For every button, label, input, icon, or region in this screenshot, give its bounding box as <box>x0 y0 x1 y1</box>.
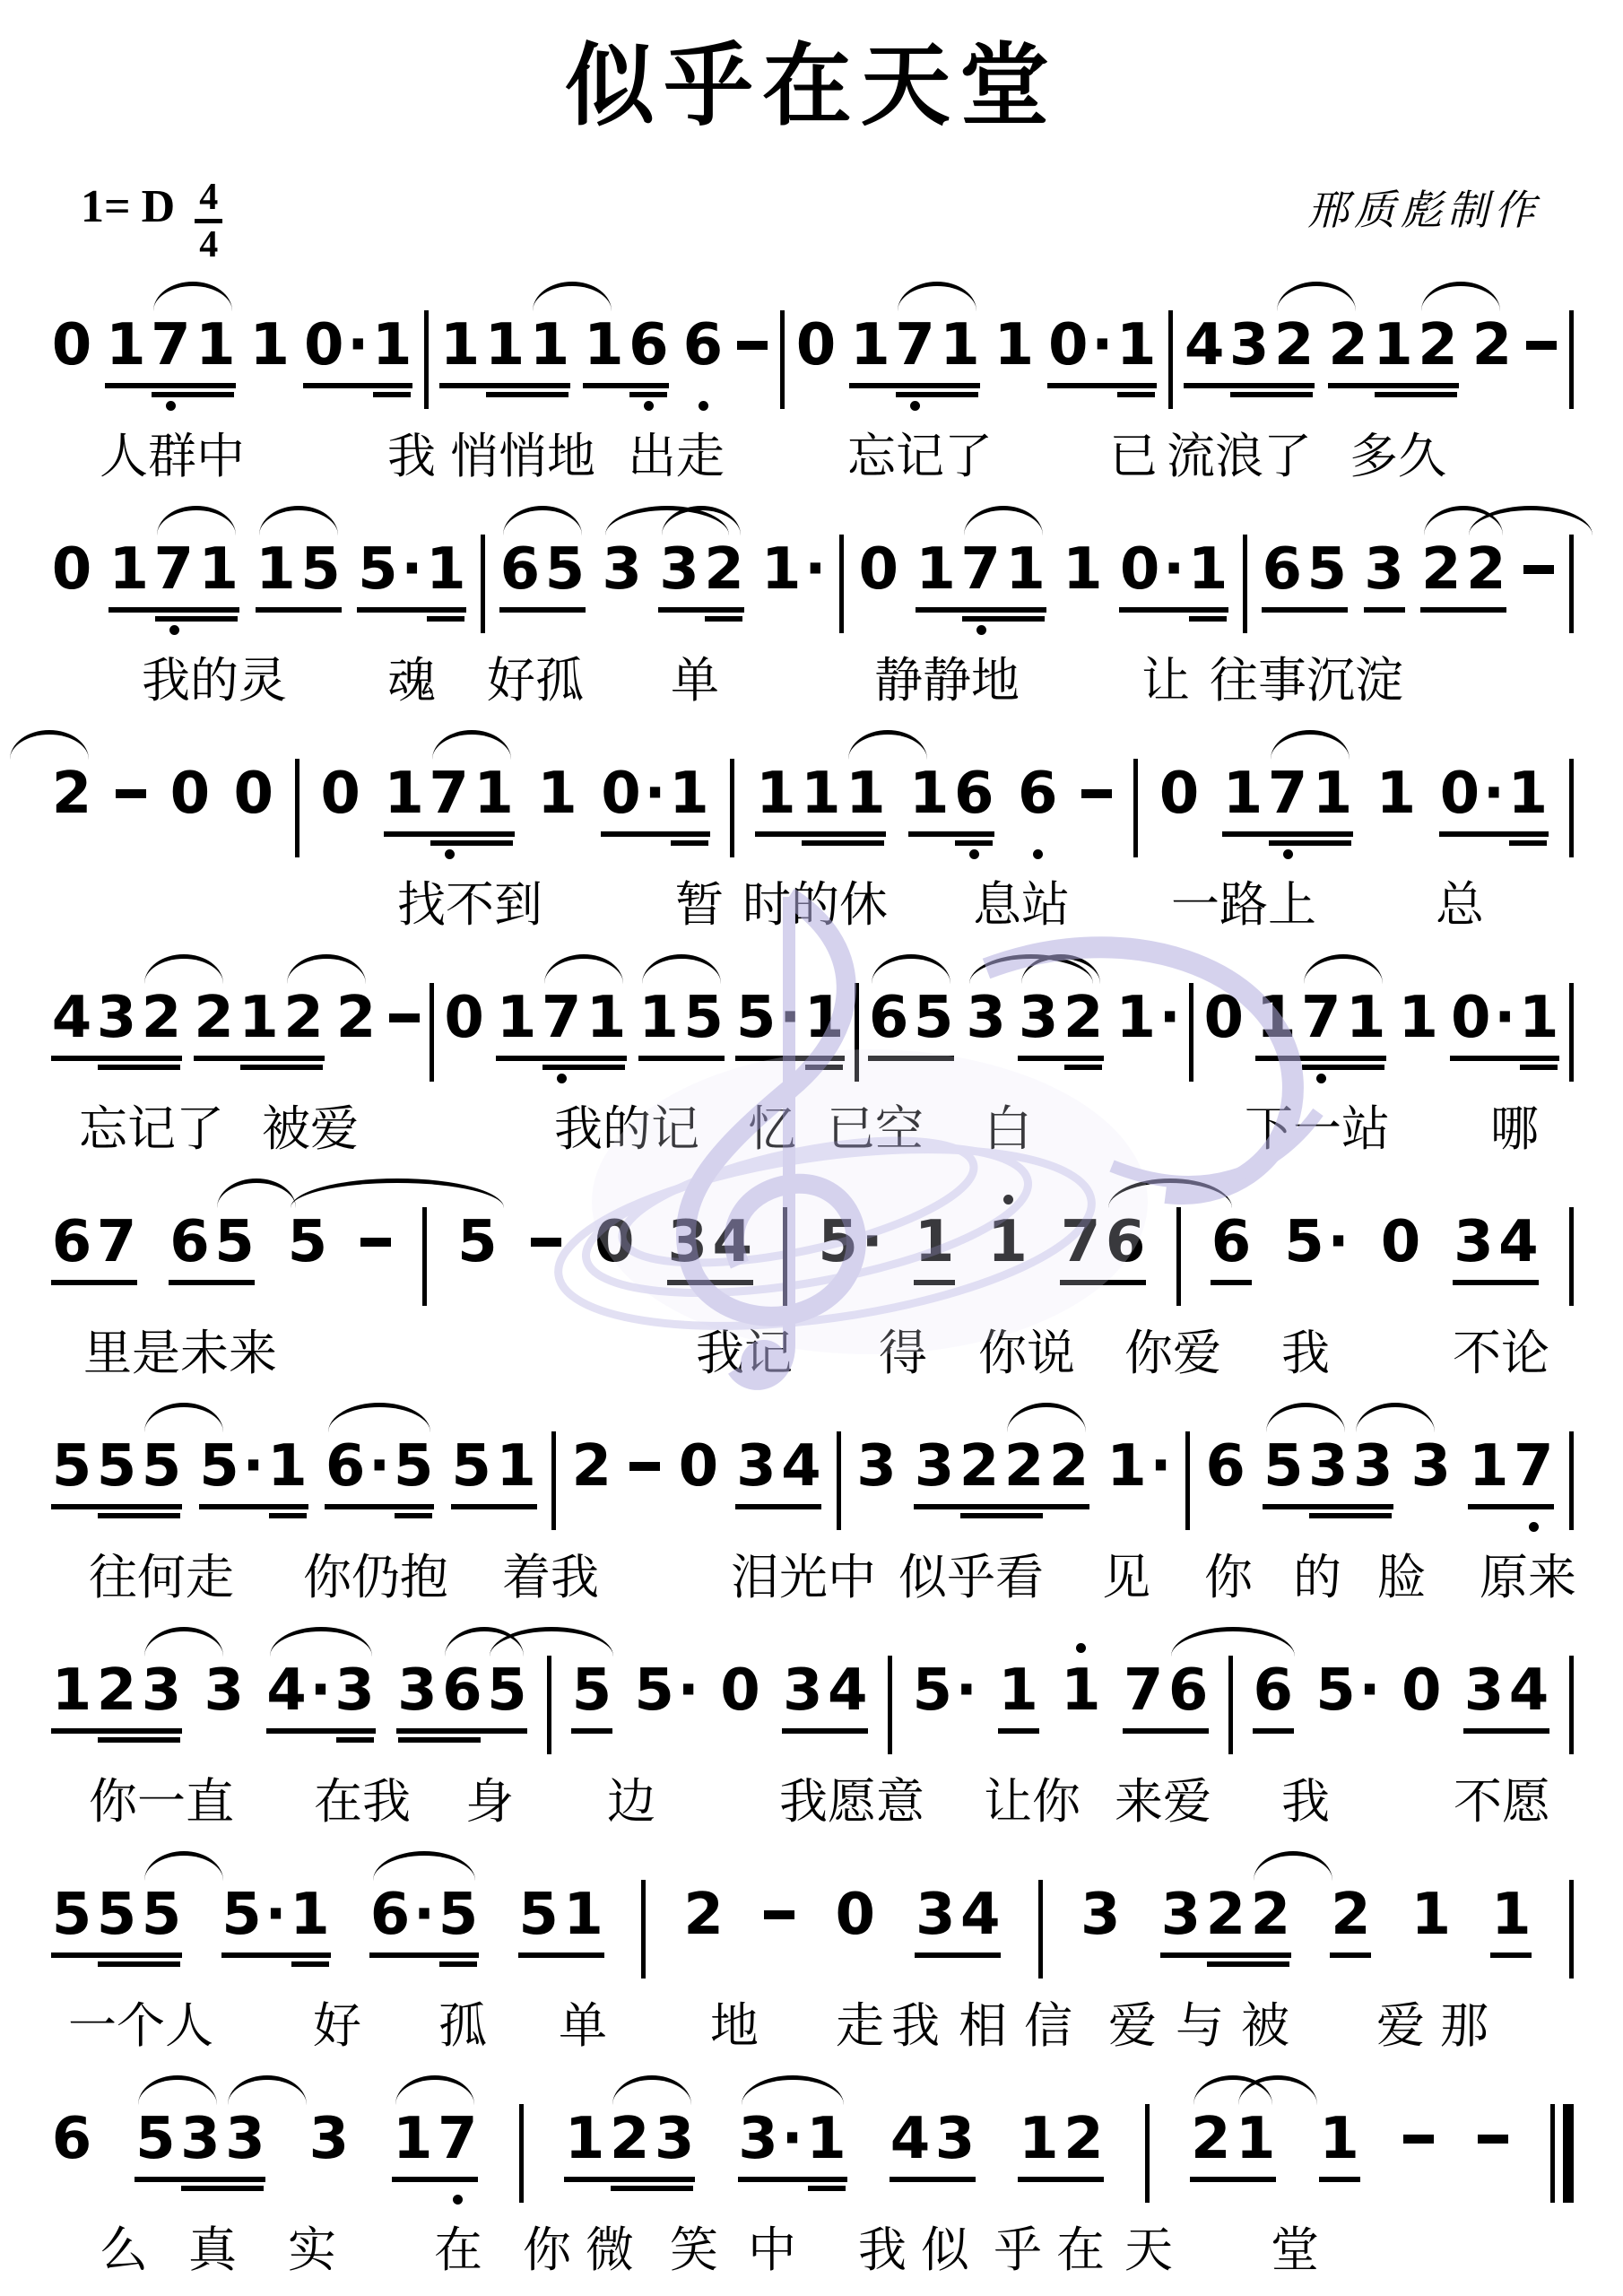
note-group: 432 <box>49 983 184 1053</box>
note-group: 0 <box>1378 1207 1423 1277</box>
note-group: 1 <box>996 1656 1041 1726</box>
beam-underline <box>1190 2177 1276 2182</box>
lyric-segment: 人群中 <box>100 429 245 484</box>
note-digit: 5 <box>139 1431 184 1501</box>
beam-underline <box>1453 1280 1539 1285</box>
note-digit: 2 <box>49 759 94 829</box>
dash-note <box>627 1431 663 1501</box>
beam-underline-2 <box>373 392 411 397</box>
note-digit: 2 <box>1271 310 1316 380</box>
augmentation-dot: · <box>861 1207 884 1277</box>
note-digit: 6 <box>1260 535 1305 604</box>
lyrics-row: 往何走你仍抱着我泪光中似乎看见你的脸原来 <box>0 1550 1623 1605</box>
lyric-segment: 让你 <box>984 1774 1081 1830</box>
lyric-segment: 总 <box>1436 877 1484 933</box>
note-digit: 5 <box>1305 535 1350 604</box>
note-group: 22 <box>1419 535 1508 604</box>
lyric-segment: 那 <box>1440 1998 1488 2054</box>
note-digit: 1 <box>237 983 282 1053</box>
augmentation-dot: · <box>368 1431 391 1501</box>
lyric-segment: 似乎看 <box>898 1550 1044 1605</box>
slur-arc <box>1304 954 1383 984</box>
note-digit: 1 <box>561 1880 606 1950</box>
lyric-segment: 似 <box>921 2222 969 2278</box>
beam-underline <box>1490 1952 1532 1958</box>
lyric-segment: 孤 <box>438 1998 487 2054</box>
beam-underline <box>1450 1056 1559 1061</box>
note-group: 6 <box>49 2104 94 2174</box>
beam-underline <box>1184 383 1315 388</box>
note-group: 3 <box>1362 535 1407 604</box>
note-digit: 7 <box>94 1207 139 1277</box>
lyric-segment: 在我 <box>314 1774 411 1830</box>
note-digit: 1 <box>1058 1656 1103 1726</box>
beam-underline-2 <box>439 1961 477 1967</box>
note-digit: 3 <box>933 2104 977 2174</box>
note-group: 533 <box>133 2104 267 2174</box>
note-digit: 2 <box>1188 2104 1233 2174</box>
note-digit: 2 <box>569 1431 614 1501</box>
lyric-segment: 让 <box>1141 653 1190 709</box>
note-group: 0 <box>717 1656 762 1726</box>
lyric-segment: 真 <box>188 2222 237 2278</box>
lyrics-row: 里是未来我记得你说你爱我不论 <box>0 1326 1623 1381</box>
note-group: 34 <box>665 1207 755 1277</box>
note-digit: 6 <box>866 983 911 1053</box>
note-digit: 4 <box>1506 1656 1551 1726</box>
beam-underline <box>738 2177 847 2182</box>
note-group: 1 <box>535 759 580 829</box>
lyric-segment: 出走 <box>628 429 725 484</box>
beam-underline-2 <box>1117 392 1155 397</box>
augmentation-dot: · <box>1150 1431 1173 1501</box>
note-digit: 2 <box>957 1431 1002 1501</box>
lyric-segment: 好孤 <box>487 653 584 709</box>
note-group: 65 <box>498 535 587 604</box>
note-digit: 2 <box>1061 2104 1106 2174</box>
note-digit: 5 <box>285 1207 330 1277</box>
note-digit: 1 <box>1233 2104 1278 2174</box>
beam-underline <box>998 1728 1039 1734</box>
beam-underline <box>199 1504 308 1509</box>
notation-row: 43221220171155·1653321·017110·1 <box>0 983 1623 1082</box>
note-group: 65 <box>1260 535 1350 604</box>
note-digit: 1 <box>996 1656 1041 1726</box>
note-digit: 1 <box>637 983 681 1053</box>
note-digit: 0 <box>717 1656 762 1726</box>
lyric-segment: 微 <box>586 2222 634 2278</box>
note-digit: 0 <box>599 759 644 829</box>
note-digit: 2 <box>1046 1431 1091 1501</box>
augmentation-dot: · <box>412 1880 436 1950</box>
slur-arc <box>432 730 511 760</box>
beam-underline <box>1468 1504 1554 1509</box>
beam-underline <box>1330 1952 1371 1958</box>
note-digit: 1 <box>369 310 414 380</box>
slur-arc <box>1254 1851 1332 1881</box>
beam-underline <box>564 2177 695 2182</box>
note-group: 34 <box>733 1431 823 1501</box>
note-digit: 3 <box>600 535 645 604</box>
slur-arc <box>144 1627 223 1657</box>
note-group: 3 <box>964 983 1009 1053</box>
note-digit: 0 <box>1448 983 1493 1053</box>
note-digit: 2 <box>192 983 237 1053</box>
beam-underline-2 <box>962 616 1045 622</box>
lyric-segment: 在 <box>434 2222 482 2278</box>
slur-arc <box>1007 1403 1086 1432</box>
lyric-segment: 你一直 <box>89 1774 234 1830</box>
lyric-segment: 中 <box>748 2222 796 2278</box>
note-group: 6 <box>1209 1207 1254 1277</box>
note-group: 0·1 <box>1448 983 1561 1053</box>
note-digit: 1 <box>193 310 238 380</box>
note-group: 212 <box>192 983 326 1053</box>
note-group: 3222 <box>912 1431 1091 1501</box>
slur-arc <box>533 282 612 311</box>
note-group: 65 <box>866 983 956 1053</box>
beam-underline <box>601 831 710 837</box>
barline <box>1569 983 1574 1082</box>
note-digit: 2 <box>282 983 326 1053</box>
note-digit: 1 <box>907 759 951 829</box>
lyric-segment: 被 <box>1241 1998 1289 2054</box>
note-group: 2 <box>1328 1880 1373 1950</box>
note-group: 51 <box>516 1880 606 1950</box>
note-digit: 0 <box>1046 310 1090 380</box>
notation-row: 017110·1111166017110·14322122 <box>0 310 1623 409</box>
slur-arc <box>328 1403 430 1432</box>
note-group: 1 <box>992 310 1037 380</box>
note-group: 65 <box>167 1207 256 1277</box>
note-digit: 1 <box>843 759 888 829</box>
barline <box>1145 2104 1150 2203</box>
lyric-segment: 忆 <box>748 1101 796 1157</box>
note-digit: 1 <box>49 1656 94 1726</box>
low-octave-dot <box>910 401 920 411</box>
note-digit: 0 <box>1157 759 1202 829</box>
note-digit: 1 <box>1466 1431 1511 1501</box>
beam-underline <box>868 1056 954 1061</box>
slur-arc <box>1469 506 1593 535</box>
beam-underline <box>303 383 412 388</box>
beam-underline <box>1047 383 1157 388</box>
note-digit: 6 <box>951 759 996 829</box>
beam-underline <box>1123 1728 1209 1734</box>
note-digit: 2 <box>1419 535 1463 604</box>
note-digit: 5 <box>569 1656 614 1726</box>
note-digit: 2 <box>1248 1880 1293 1950</box>
beam-underline-2 <box>671 840 708 846</box>
note-group: 2 <box>681 1880 726 1950</box>
note-group: 5· <box>910 1656 978 1726</box>
note-digit: 4 <box>825 1656 870 1726</box>
lyric-segment: 白 <box>984 1101 1032 1157</box>
note-digit: 1 <box>247 310 292 380</box>
note-group: 34 <box>1462 1656 1551 1726</box>
lyric-segment: 忘记了 <box>79 1101 224 1157</box>
note-digit: 5 <box>1261 1431 1306 1501</box>
note-group: 0 <box>318 759 363 829</box>
beam-underline-2 <box>805 1065 843 1070</box>
note-group: 6 <box>1015 759 1060 829</box>
note-digit: 7 <box>427 759 472 829</box>
slur-arc <box>503 506 582 535</box>
note-group: 16 <box>581 310 671 380</box>
note-group: 1 <box>1058 1656 1103 1726</box>
note-digit: 1 <box>847 310 892 380</box>
lyric-segment: 原来 <box>1480 1550 1576 1605</box>
lyric-segment: 信 <box>1024 1998 1072 2054</box>
note-digit: 0 <box>442 983 487 1053</box>
note-digit: 7 <box>148 310 193 380</box>
lyric-segment: 我愿意 <box>779 1774 924 1830</box>
note-digit: 0 <box>1399 1656 1444 1726</box>
key-letter: D <box>142 180 176 233</box>
augmentation-dot: · <box>242 1431 265 1501</box>
lyric-segment: 暂 <box>675 877 724 933</box>
lyric-segment: 魂 <box>387 653 436 709</box>
barline <box>855 983 859 1082</box>
note-digit: 5 <box>49 1880 94 1950</box>
slur-arc <box>144 1403 223 1432</box>
note-group: 3 <box>600 535 645 604</box>
slur-arc <box>872 954 950 984</box>
beam-underline <box>1420 607 1506 613</box>
note-digit: 1 <box>1220 759 1265 829</box>
note-digit: 3 <box>395 1656 439 1726</box>
low-octave-dot <box>1316 1074 1326 1083</box>
note-group: 171 <box>107 535 241 604</box>
beam-underline <box>105 383 236 388</box>
beam-underline-2 <box>98 1737 180 1743</box>
time-denominator: 4 <box>199 223 218 265</box>
beam-underline-2 <box>1302 1065 1384 1070</box>
lyric-segment: 相 <box>959 1998 1007 2054</box>
note-group: 365 <box>395 1656 529 1726</box>
note-group: 123 <box>49 1656 184 1726</box>
note-digit: 7 <box>152 535 196 604</box>
note-digit: 1 <box>914 535 959 604</box>
note-digit: 1 <box>1105 1431 1150 1501</box>
sheet-music-page: 似乎在天堂 1= D 4 4 邢质彪制作 017110·111116601711… <box>0 0 1623 2296</box>
note-digit: 3 <box>1159 1880 1203 1950</box>
dash-note <box>1401 2104 1436 2174</box>
beam-underline-2 <box>542 1065 625 1070</box>
note-group: 3 <box>1078 1880 1123 1950</box>
augmentation-dot: · <box>1493 983 1516 1053</box>
augmentation-dot: · <box>265 1880 288 1950</box>
slur-arc <box>848 730 927 760</box>
note-digit: 2 <box>94 1656 139 1726</box>
beam-underline-2 <box>1269 840 1351 846</box>
note-group: 12 <box>1016 2104 1106 2174</box>
key-prefix: 1= <box>81 180 131 233</box>
note-group: 3·1 <box>736 2104 849 2174</box>
note-digit: 0 <box>231 759 276 829</box>
lyric-segment: 一路上 <box>1171 877 1316 933</box>
beam-underline-2 <box>705 616 742 622</box>
note-group: 2 <box>569 1431 614 1501</box>
note-group: 0 <box>833 1880 878 1950</box>
lyric-segment: 你仍抱 <box>303 1550 448 1605</box>
note-digit: 5 <box>355 535 400 604</box>
beam-underline <box>658 607 744 613</box>
barline <box>1176 1207 1181 1306</box>
beam-underline-2 <box>1189 616 1227 622</box>
beam-underline <box>384 831 515 837</box>
note-digit: 5 <box>632 1656 677 1726</box>
note-group: 0 <box>442 983 487 1053</box>
note-digit: 0 <box>833 1880 878 1950</box>
time-signature: 4 4 <box>195 178 222 265</box>
note-digit: 1 <box>1343 983 1388 1053</box>
beam-underline <box>1262 607 1348 613</box>
song-title: 似乎在天堂 <box>0 38 1623 136</box>
note-digit: 4 <box>778 1431 823 1501</box>
note-digit: 1 <box>753 759 798 829</box>
time-numerator: 4 <box>195 178 222 223</box>
note-digit: 1 <box>1114 983 1159 1053</box>
note-group: 32 <box>1016 983 1106 1053</box>
note-digit: 4 <box>958 1880 1002 1950</box>
augmentation-dot: · <box>644 759 667 829</box>
note-digit: 6 <box>439 1656 484 1726</box>
beam-underline <box>1018 1056 1104 1061</box>
beam-underline-2 <box>1509 840 1547 846</box>
lyric-segment: 我 <box>891 1998 940 2054</box>
beam-underline <box>1119 607 1228 613</box>
note-group: 171 <box>494 983 629 1053</box>
beam-underline <box>1364 607 1405 613</box>
slur-arc <box>1277 282 1356 311</box>
lyric-segment: 单 <box>559 1998 607 2054</box>
note-group: 212 <box>1326 310 1461 380</box>
augmentation-dot: · <box>677 1656 700 1726</box>
note-digit: 3 <box>1078 1880 1123 1950</box>
note-group: 0 <box>1202 983 1246 1053</box>
dash-note <box>1475 2104 1511 2174</box>
high-octave-dot <box>1003 1195 1013 1205</box>
note-digit: 0 <box>301 310 346 380</box>
note-digit: 1 <box>390 2104 435 2174</box>
note-group: 16 <box>907 759 996 829</box>
note-group: 1· <box>1105 1431 1173 1501</box>
note-group: 34 <box>913 1880 1002 1950</box>
lyric-segment: 好 <box>313 1998 361 2054</box>
beam-underline <box>357 607 466 613</box>
note-group: 1· <box>1114 983 1182 1053</box>
note-digit: 3 <box>652 2104 697 2174</box>
barline <box>783 1207 787 1306</box>
note-digit: 1 <box>985 1207 1030 1277</box>
barline <box>1133 759 1138 857</box>
notation-row: 12334·336555·0345·117665·034 <box>0 1656 1623 1754</box>
note-digit: 1 <box>472 759 516 829</box>
note-digit: 3 <box>780 1656 825 1726</box>
note-digit: 2 <box>607 2104 652 2174</box>
note-group: 2 <box>1470 310 1515 380</box>
lyric-segment: 息站 <box>973 877 1070 933</box>
lyrics-row: 人群中我悄悄地出走忘记了已流浪了多久 <box>0 429 1623 484</box>
note-digit: 4 <box>1496 1207 1541 1277</box>
beam-underline <box>499 607 586 613</box>
note-digit: 5 <box>139 1880 184 1950</box>
beam-underline-2 <box>395 1513 432 1518</box>
note-group: 0 <box>49 535 94 604</box>
note-group: 67 <box>49 1207 139 1277</box>
note-group: 322 <box>1159 1880 1293 1950</box>
note-group: 0 <box>856 535 901 604</box>
beam-underline <box>735 1504 821 1509</box>
beam-underline-2 <box>427 616 464 622</box>
note-digit: 0 <box>49 535 94 604</box>
slur-arc <box>1421 282 1500 311</box>
augmentation-dot: · <box>803 535 827 604</box>
lyric-segment: 身 <box>465 1774 514 1830</box>
note-group: 432 <box>1182 310 1316 380</box>
note-digit: 5 <box>733 983 778 1053</box>
score-line: 65333171233·14312211么真实在你微笑中我似乎在天堂 <box>0 2070 1623 2294</box>
dash-note <box>1079 759 1115 829</box>
score-line: 5555·16·5512034332221·6533317往何走你仍抱着我泪光中… <box>0 1397 1623 1622</box>
barline <box>641 1880 646 1979</box>
lyric-segment: 你 <box>1204 1550 1253 1605</box>
slur-arc <box>1271 730 1350 760</box>
note-group: 3 <box>854 1431 898 1501</box>
note-group: 5 <box>455 1207 499 1277</box>
note-digit: 1 <box>288 1880 333 1950</box>
note-group: 2 <box>49 759 94 829</box>
barline <box>430 983 434 1082</box>
note-group: 111 <box>438 310 572 380</box>
beam-underline <box>108 607 239 613</box>
barline <box>730 759 734 857</box>
lyrics-row: 你一直在我身边我愿意让你来爱我不愿 <box>0 1774 1623 1830</box>
beam-underline <box>1439 831 1549 837</box>
note-digit: 5 <box>1282 1207 1327 1277</box>
beam-underline <box>51 1728 182 1734</box>
dash-note <box>761 1880 797 1950</box>
slur-arc <box>138 2075 217 2105</box>
beam-underline-2 <box>98 1961 180 1967</box>
beam-underline <box>890 2177 976 2182</box>
barline <box>1569 535 1574 633</box>
augmentation-dot: · <box>781 2104 804 2174</box>
beam-underline-2 <box>98 1513 180 1518</box>
note-digit: 7 <box>1511 1431 1556 1501</box>
beam-underline <box>667 1280 753 1285</box>
slur-arc <box>144 954 223 984</box>
beam-underline-2 <box>152 392 234 397</box>
beam-underline <box>1018 2177 1104 2182</box>
note-group: 5· <box>632 1656 700 1726</box>
final-barline <box>1550 2104 1574 2203</box>
note-digit: 5 <box>391 1431 436 1501</box>
augmentation-dot: · <box>1090 310 1114 380</box>
lyric-segment: 忘记了 <box>847 429 993 484</box>
lyric-segment: 泪光中 <box>731 1550 876 1605</box>
note-digit: 3 <box>913 1880 958 1950</box>
beam-underline <box>266 1728 376 1734</box>
note-digit: 2 <box>1002 1431 1046 1501</box>
note-digit: 0 <box>676 1431 721 1501</box>
note-digit: 0 <box>1378 1207 1423 1277</box>
beam-underline-2 <box>802 840 884 846</box>
low-octave-dot <box>445 849 455 859</box>
note-digit: 6 <box>167 1207 212 1277</box>
slur-arc <box>964 506 1043 535</box>
